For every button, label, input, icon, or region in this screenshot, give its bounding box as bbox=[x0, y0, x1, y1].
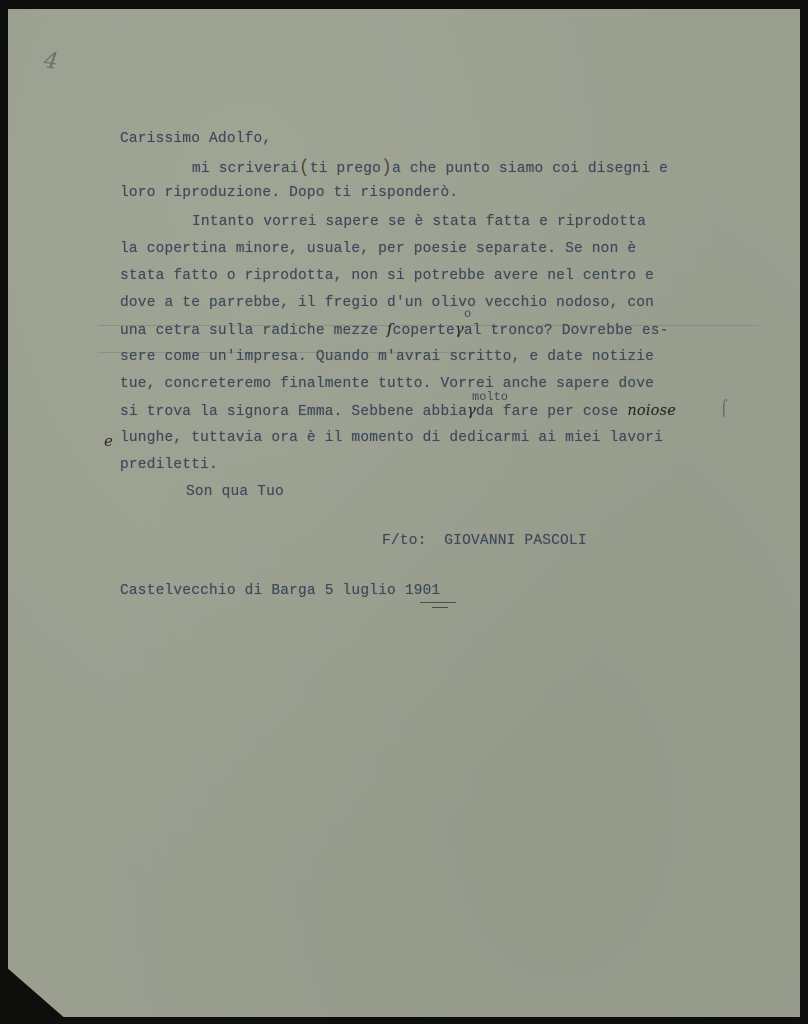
body-line-4: la copertina minore, usuale, per poesie … bbox=[120, 241, 636, 257]
body-line-11: lunghe, tuttavia ora è il momento di ded… bbox=[120, 430, 663, 446]
caret-mark: γ bbox=[467, 403, 476, 419]
body-line-6: dove a te parrebbe, il fregio d'un olivo… bbox=[120, 295, 654, 311]
place-date: Castelvecchio di Barga 5 luglio 1901 bbox=[120, 583, 440, 599]
handwritten-paren: ( bbox=[299, 158, 310, 178]
text: una cetra sulla radiche mezze bbox=[120, 323, 387, 339]
letter-page: 4 Carissimo Adolfo, mi scriverai(ti preg… bbox=[8, 9, 800, 1017]
salutation: Carissimo Adolfo, bbox=[120, 131, 271, 147]
body-line-9: tue, concreteremo finalmente tutto. Vorr… bbox=[120, 376, 654, 392]
body-line-12: prediletti. bbox=[120, 457, 218, 473]
text: ti prego bbox=[310, 161, 381, 177]
body-line-5: stata fatto o riprodotta, non si potrebb… bbox=[120, 268, 654, 284]
date-underline bbox=[420, 602, 456, 603]
body-line-7: una cetra sulla radiche mezze ſcoperteγa… bbox=[120, 322, 669, 339]
handwritten-paren: ) bbox=[381, 158, 392, 178]
handwritten-correction: noiose bbox=[627, 403, 676, 419]
margin-bracket: ⌠ bbox=[720, 399, 728, 417]
text: al tronco? Dovrebbe es- bbox=[464, 323, 669, 339]
text: coperte bbox=[393, 323, 455, 339]
handwritten-insertion: molto bbox=[472, 390, 508, 404]
handwritten-insertion: o bbox=[464, 307, 471, 321]
text: da fare per cose bbox=[476, 404, 627, 420]
body-line-1: mi scriverai(ti prego)a che punto siamo … bbox=[192, 158, 668, 178]
body-line-8: sere come un'impresa. Quando m'avrai scr… bbox=[120, 349, 654, 365]
margin-insertion: e bbox=[104, 432, 113, 450]
closing: Son qua Tuo bbox=[186, 484, 284, 500]
text: mi scriverai bbox=[192, 161, 299, 177]
body-line-3: Intanto vorrei sapere se è stata fatta e… bbox=[192, 214, 646, 230]
text: a che punto siamo coi disegni e bbox=[392, 161, 668, 177]
date-underline bbox=[432, 607, 448, 608]
body-line-10: si trova la signora Emma. Sebbene abbiaγ… bbox=[120, 403, 676, 420]
signature: F/to: GIOVANNI PASCOLI bbox=[382, 533, 587, 549]
folio-number: 4 bbox=[42, 48, 59, 75]
body-line-2: loro riproduzione. Dopo ti risponderò. bbox=[120, 185, 458, 201]
text: si trova la signora Emma. Sebbene abbia bbox=[120, 404, 467, 420]
caret-mark: γ bbox=[455, 322, 464, 338]
